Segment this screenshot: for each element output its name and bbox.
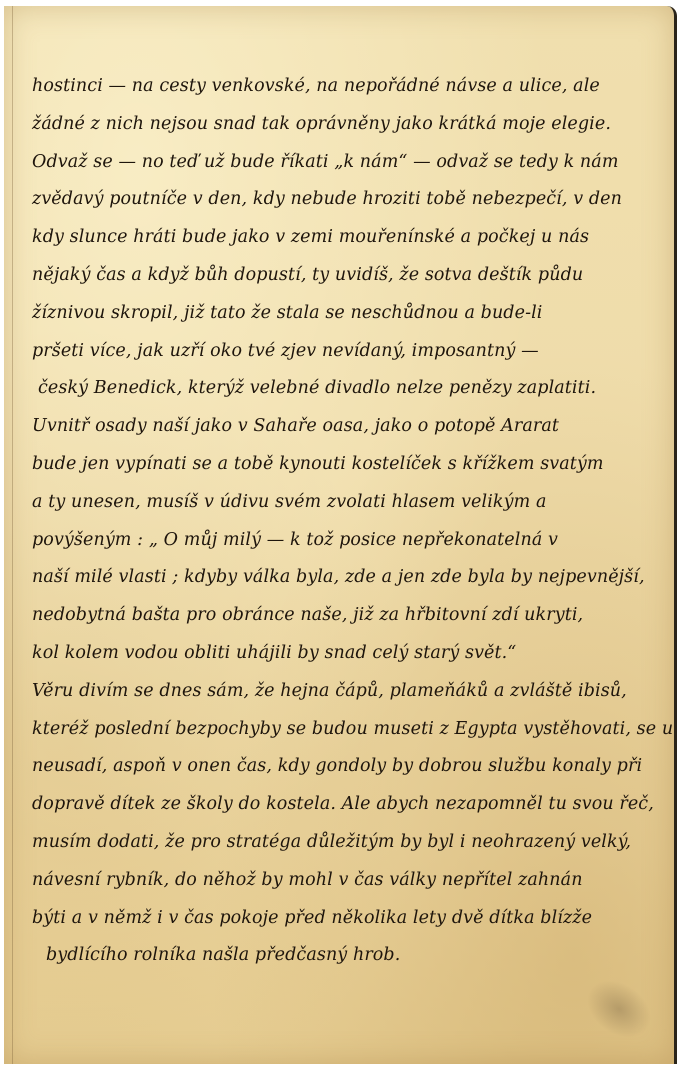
text-line: návesní rybník, do něhož by mohl v čas v… [32, 862, 662, 900]
text-line: Uvnitř osady naší jako v Sahaře oasa, ja… [32, 408, 662, 446]
text-line: nějaký čas a když bůh dopustí, ty uvidíš… [32, 257, 662, 295]
text-line: a ty unesen, musíš v údivu svém zvolati … [32, 484, 662, 522]
text-line: český Benedick, kterýž velebné divadlo n… [32, 370, 662, 408]
text-line: pršeti více, jak uzří oko tvé zjev nevíd… [32, 333, 662, 371]
paper-stain [576, 968, 662, 1049]
handwritten-text-block: hostinci — na cesty venkovské, na nepořá… [32, 68, 662, 975]
text-line: dopravě dítek ze školy do kostela. Ale a… [32, 786, 662, 824]
text-line: povýšeným : „ O můj milý — k tož posice … [32, 522, 662, 560]
manuscript-page: hostinci — na cesty venkovské, na nepořá… [4, 6, 677, 1064]
text-line: žádné z nich nejsou snad tak oprávněny j… [32, 106, 662, 144]
text-line: bude jen vypínati se a tobě kynouti kost… [32, 446, 662, 484]
text-line: býti a v němž i v čas pokoje před několi… [32, 900, 662, 938]
page-fold-line [12, 6, 13, 1064]
text-line: kol kolem vodou obliti uhájili by snad c… [32, 635, 662, 673]
text-line: kdy slunce hráti bude jako v zemi mouřen… [32, 219, 662, 257]
text-line: Věru divím se dnes sám, že hejna čápů, p… [32, 673, 662, 711]
text-line: nedobytná bašta pro obránce naše, již za… [32, 597, 662, 635]
text-line: Odvaž se — no teď už bude říkati „k nám“… [32, 144, 662, 182]
text-line: neusadí, aspoň v onen čas, kdy gondoly b… [32, 748, 662, 786]
text-line: kteréž poslední bezpochyby se budou muse… [32, 711, 662, 749]
text-line: zvědavý poutníče v den, kdy nebude hrozi… [32, 181, 662, 219]
text-line: musím dodati, že pro stratéga důležitým … [32, 824, 662, 862]
text-line: naší milé vlasti ; kdyby válka byla, zde… [32, 559, 662, 597]
text-line: žíznivou skropil, již tato že stala se n… [32, 295, 662, 333]
text-line: hostinci — na cesty venkovské, na nepořá… [32, 68, 662, 106]
text-line: bydlícího rolníka našla předčasný hrob. [32, 937, 662, 975]
